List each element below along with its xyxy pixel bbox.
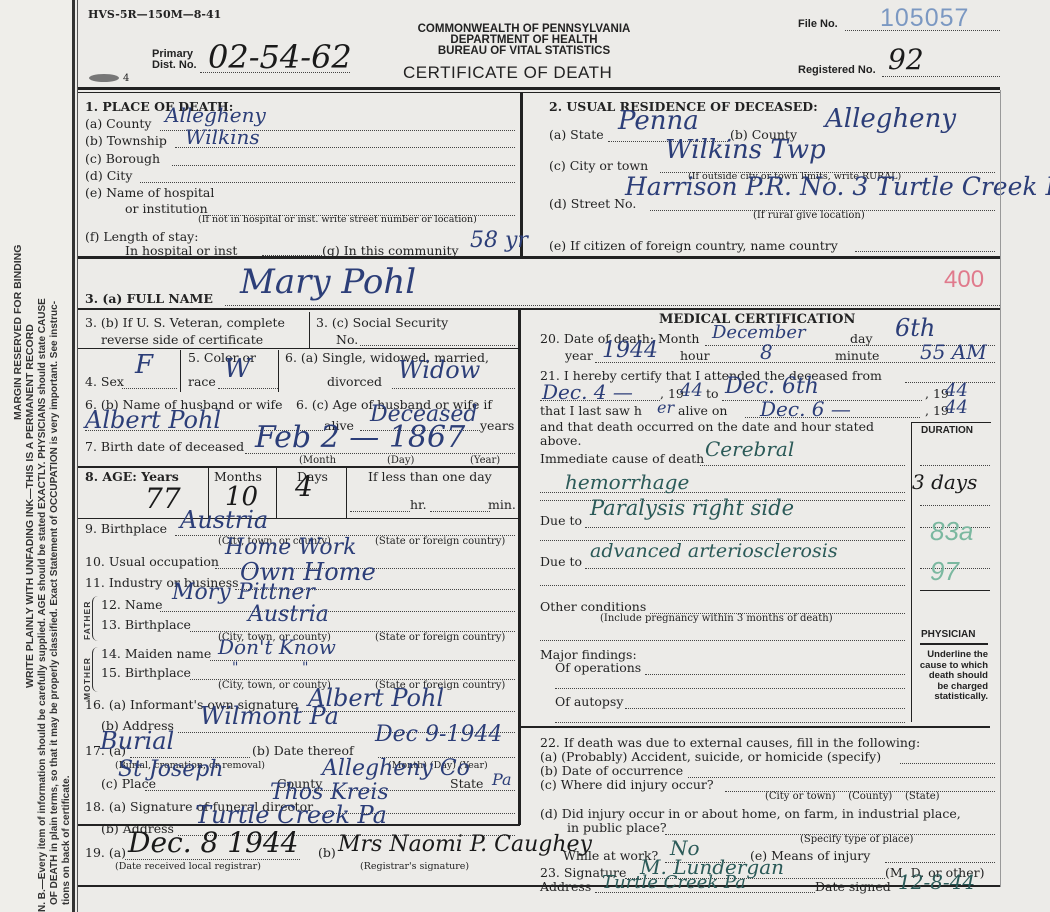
immediate-cause-value-2: hemorrhage — [565, 470, 689, 494]
death-county-value: Allegheny — [165, 103, 266, 127]
father-name-line — [160, 611, 515, 612]
external-b-label: (b) Date of occurrence — [540, 763, 683, 778]
rule-external — [520, 726, 990, 728]
length-of-stay-label: (f) Length of stay: — [85, 229, 198, 244]
death-county-label: (a) County — [85, 116, 151, 131]
duration-box-left — [911, 422, 912, 722]
residence-city-label: (c) City or town — [549, 158, 648, 173]
race-label-2: race — [188, 374, 216, 389]
date-signed-value: 12-8-44 — [898, 870, 975, 894]
file-no-label: File No. — [798, 18, 838, 30]
burial-state-value: Pa — [492, 770, 512, 789]
mother-maiden-label: 14. Maiden name — [101, 646, 211, 661]
rule-name — [78, 308, 1000, 310]
stay-community-value: 58 yr — [470, 228, 528, 253]
alive-on-label: alive on — [678, 403, 727, 418]
death-city-line — [140, 182, 515, 183]
last-saw-pronoun: er — [657, 398, 674, 417]
immediate-cause-label: Immediate cause of death — [540, 451, 704, 466]
immediate-duration-value: 3 days — [912, 470, 977, 494]
page-title: CERTIFICATE OF DEATH — [403, 63, 612, 83]
divider-age-3 — [346, 468, 347, 518]
mother-brace — [92, 647, 99, 692]
age-min-label: min. — [488, 497, 516, 512]
registrar-signature-note: (Registrar's signature) — [360, 861, 469, 872]
autopsy-line — [625, 708, 905, 709]
date-signed-label: Date signed — [815, 879, 891, 894]
race-line — [218, 388, 278, 389]
right-edge — [1000, 90, 1001, 887]
divider-3b-3c — [309, 312, 310, 348]
death-minute-label: minute — [835, 348, 879, 363]
physician-rule — [920, 643, 988, 645]
stay-community-label: (g) In this community — [322, 243, 459, 258]
physician-address-value: Turtle Creek Pa — [602, 872, 746, 893]
divider-sex — [180, 350, 181, 392]
external-d-label-2: in public place? — [567, 820, 667, 835]
sex-label: 4. Sex — [85, 374, 124, 389]
external-b-line — [688, 777, 995, 778]
due-to-value-2: advanced arteriosclerosis — [590, 540, 838, 562]
informant-address-value: Wilmont Pa — [200, 702, 339, 730]
external-a-line — [900, 763, 995, 764]
mother-birthplace-label: 15. Birthplace — [101, 665, 191, 680]
residence-state-value: Penna — [618, 106, 699, 136]
external-heading: 22. If death was due to external causes,… — [540, 735, 920, 750]
father-state-note: (State or foreign country) — [375, 632, 505, 643]
death-day-label: day — [850, 331, 873, 346]
birth-month-note: (Month — [299, 455, 336, 466]
residence-state-label: (a) State — [549, 127, 604, 142]
veteran-label-2: reverse side of certificate — [101, 332, 263, 347]
age-days-value: 4 — [295, 470, 313, 503]
mother-birthplace-ditto-1: " — [232, 660, 238, 676]
burial-county-value: Allegheny Co — [322, 756, 470, 781]
duration-line-2 — [920, 505, 990, 506]
due-to-value-1: Paralysis right side — [590, 496, 794, 520]
margin-text-binding: MARGIN RESERVED FOR BINDING — [12, 245, 24, 420]
birthplace-value: Austria — [180, 506, 268, 534]
alive-year-value: 44 — [945, 397, 968, 418]
union-label-icon — [89, 74, 119, 82]
veteran-label: 3. (b) If U. S. Veteran, complete — [85, 315, 285, 330]
birthplace-state-note: (State or foreign country) — [375, 536, 505, 547]
father-name-label: 12. Name — [101, 597, 163, 612]
margin-text-nb: N. B.—Every item of information should b… — [37, 298, 48, 912]
burial-date-value: Dec 9-1944 — [375, 722, 502, 747]
duration-underline — [920, 590, 990, 591]
stay-hospital-line — [262, 255, 322, 256]
due-to-label-1: Due to — [540, 513, 582, 528]
death-hour-value: 8 — [760, 340, 773, 364]
age-hr-label: hr. — [410, 497, 427, 512]
sex-value: F — [135, 350, 153, 380]
father-side-label: FATHER — [82, 601, 92, 640]
institution-label: or institution — [125, 201, 208, 216]
from-year-value: 44 — [680, 380, 703, 401]
rule-3 — [78, 348, 518, 349]
operations-line-2 — [555, 688, 905, 689]
age-less-than-day-label: If less than one day — [368, 469, 492, 484]
issuing-authority: COMMONWEALTH OF PENNSYLVANIA DEPARTMENT … — [404, 24, 644, 57]
bureau-text: BUREAU OF VITAL STATISTICS — [404, 46, 644, 57]
divider-age-2 — [276, 468, 277, 518]
birth-day-note: (Day) — [387, 455, 414, 466]
major-line-a — [540, 640, 905, 641]
margin-text-nb3: tions on back of certificate. — [61, 776, 72, 905]
race-value: W — [224, 354, 251, 384]
sex-line — [122, 388, 177, 389]
age-years-value: 77 — [145, 482, 181, 515]
burial-value: Burial — [100, 727, 174, 755]
above-label: above. — [540, 433, 581, 448]
due-line-1 — [585, 527, 905, 528]
external-d-note: (Specify type of place) — [800, 834, 913, 845]
last-saw-label: that I last saw h — [540, 403, 642, 418]
residence-street-label: (d) Street No. — [549, 196, 636, 211]
registrar-date-note: (Date received local registrar) — [115, 861, 261, 872]
mother-maiden-line — [210, 660, 515, 661]
death-year-value: 1944 — [602, 338, 658, 363]
death-township-label: (b) Township — [85, 133, 167, 148]
full-name-value: Mary Pohl — [240, 262, 416, 302]
death-township-value: Wilkins — [185, 125, 260, 149]
form-code: HVS-5R—150M—8-41 — [88, 8, 221, 21]
registered-no-value: 92 — [888, 43, 924, 76]
father-birthplace-label: 13. Birthplace — [101, 617, 191, 632]
ssn-label: 3. (c) Social Security — [316, 315, 448, 330]
margin-rule — [72, 0, 75, 912]
mother-birthplace-ditto-2: " — [302, 660, 308, 676]
divorced-label: divorced — [327, 374, 382, 389]
occupation-value: Home Work — [225, 535, 357, 560]
due-line-2 — [585, 568, 905, 569]
external-c-label: (c) Where did injury occur? — [540, 777, 714, 792]
death-month-value: December — [712, 322, 806, 343]
operations-label: Of operations — [555, 660, 641, 675]
death-borough-line — [172, 165, 515, 166]
mother-maiden-value: Don't Know — [218, 635, 336, 659]
hospital-label: (e) Name of hospital — [85, 185, 214, 200]
margin-rule-inner — [77, 0, 78, 912]
margin-text-ink: WRITE PLAINLY WITH UNFADING INK—THIS IS … — [24, 324, 36, 688]
means-of-injury-line — [885, 862, 995, 863]
file-no-value: 105057 — [880, 4, 969, 33]
divider-medical — [518, 310, 521, 825]
residence-street-note: (If rural give location) — [753, 210, 865, 221]
duration-heading: DURATION — [921, 425, 973, 436]
code-1: 83a — [930, 516, 973, 547]
burial-state-label: State — [450, 776, 483, 791]
occupation-label: 10. Usual occupation — [85, 554, 219, 569]
rule-8 — [78, 518, 518, 519]
registrar-date-value: Dec. 8 1944 — [128, 826, 298, 859]
rule-top — [78, 87, 1000, 90]
physician-note: Underline the cause to which death shoul… — [918, 650, 988, 703]
residence-city-value: Wilkins Twp — [665, 135, 826, 165]
code-2: 97 — [930, 556, 959, 587]
rule-top-2 — [78, 92, 1000, 93]
registrar-signature-label: (b) — [318, 845, 336, 860]
residence-street-value: Harrison P.R. No. 3 Turtle Creek Pa — [625, 172, 1050, 201]
ssn-line — [360, 345, 515, 346]
birthplace-label: 9. Birthplace — [85, 521, 167, 536]
foreign-country-line — [855, 251, 995, 252]
father-brace — [92, 596, 99, 641]
death-hour-label: hour — [680, 348, 710, 363]
other-conditions-note: (Include pregnancy within 3 months of de… — [600, 613, 833, 624]
stay-hospital-label: In hospital or inst — [125, 243, 237, 258]
duration-box-top — [911, 422, 991, 423]
registrar-signature-value: Mrs Naomi P. Caughey — [338, 832, 592, 857]
age-hr-line — [350, 511, 410, 512]
death-borough-label: (c) Borough — [85, 151, 160, 166]
divider-race — [278, 350, 279, 392]
registered-no-line — [882, 76, 1000, 77]
mother-side-label: MOTHER — [82, 657, 92, 700]
alive-on-value: Dec. 6 — — [760, 397, 851, 421]
primary-dist-label-text: Primary Dist. No. — [152, 48, 197, 71]
death-minute-value: 55 AM — [920, 340, 987, 364]
attended-from-value: Dec. 4 — — [542, 380, 633, 404]
union-label-number: 4 — [123, 73, 129, 84]
other-conditions-label: Other conditions — [540, 599, 646, 614]
spouse-age-unit: years — [480, 418, 514, 433]
funeral-address-value: Turtle Creek Pa — [195, 801, 387, 829]
hospital-note: (If not in hospital or inst. write stree… — [198, 214, 477, 225]
full-name-line — [225, 305, 1000, 306]
autopsy-label: Of autopsy — [555, 694, 623, 709]
foreign-country-label: (e) If citizen of foreign country, name … — [549, 238, 838, 253]
other-line-a — [540, 585, 905, 586]
due-to-label-2: Due to — [540, 554, 582, 569]
residence-county-value: Allegheny — [825, 104, 956, 134]
duration-line-1 — [920, 465, 990, 466]
birth-date-value: Feb 2 — 1867 — [255, 420, 465, 455]
registrar-date-line — [125, 859, 300, 860]
physician-heading: PHYSICIAN — [921, 629, 975, 640]
father-birthplace-value: Austria — [248, 602, 329, 627]
birth-date-label: 7. Birth date of deceased — [85, 439, 244, 454]
ssn-no-label: No. — [336, 332, 358, 347]
physician-address-label: Address — [540, 879, 591, 894]
marital-value: Widow — [398, 356, 480, 384]
death-city-label: (d) City — [85, 168, 132, 183]
registered-no-label: Registered No. — [798, 64, 876, 76]
primary-dist-label: Primary Dist. No. — [152, 49, 202, 71]
attended-to-value: Dec. 6th — [725, 374, 819, 399]
burial-place-value: St Joseph — [118, 757, 224, 782]
external-a-label: (a) (Probably) Accident, suicide, or hom… — [540, 749, 881, 764]
full-name-label: 3. (a) FULL NAME — [85, 291, 213, 306]
external-d-label: (d) Did injury occur in or about home, o… — [540, 806, 961, 821]
rule-7 — [78, 466, 518, 468]
age-min-line — [430, 511, 490, 512]
birth-year-note: (Year) — [470, 455, 500, 466]
primary-dist-value: 02-54-62 — [208, 38, 352, 76]
to-label: to — [706, 386, 719, 401]
red-annotation: 400 — [944, 266, 984, 294]
margin-text-nb2: OF DEATH in plain terms, so that it may … — [49, 301, 60, 905]
external-c-note: (City or town) (County) (State) — [765, 791, 940, 802]
immediate-cause-value: Cerebral — [705, 437, 794, 461]
death-year-label: year — [565, 348, 593, 363]
operations-line — [645, 674, 905, 675]
autopsy-line-2 — [555, 722, 905, 723]
death-day-value: 6th — [895, 314, 935, 342]
immediate-cause-line — [700, 465, 905, 466]
stated-label: and that death occurred on the date and … — [540, 419, 874, 434]
registrar-date-label: 19. (a) — [85, 845, 126, 860]
marital-line — [392, 388, 515, 389]
